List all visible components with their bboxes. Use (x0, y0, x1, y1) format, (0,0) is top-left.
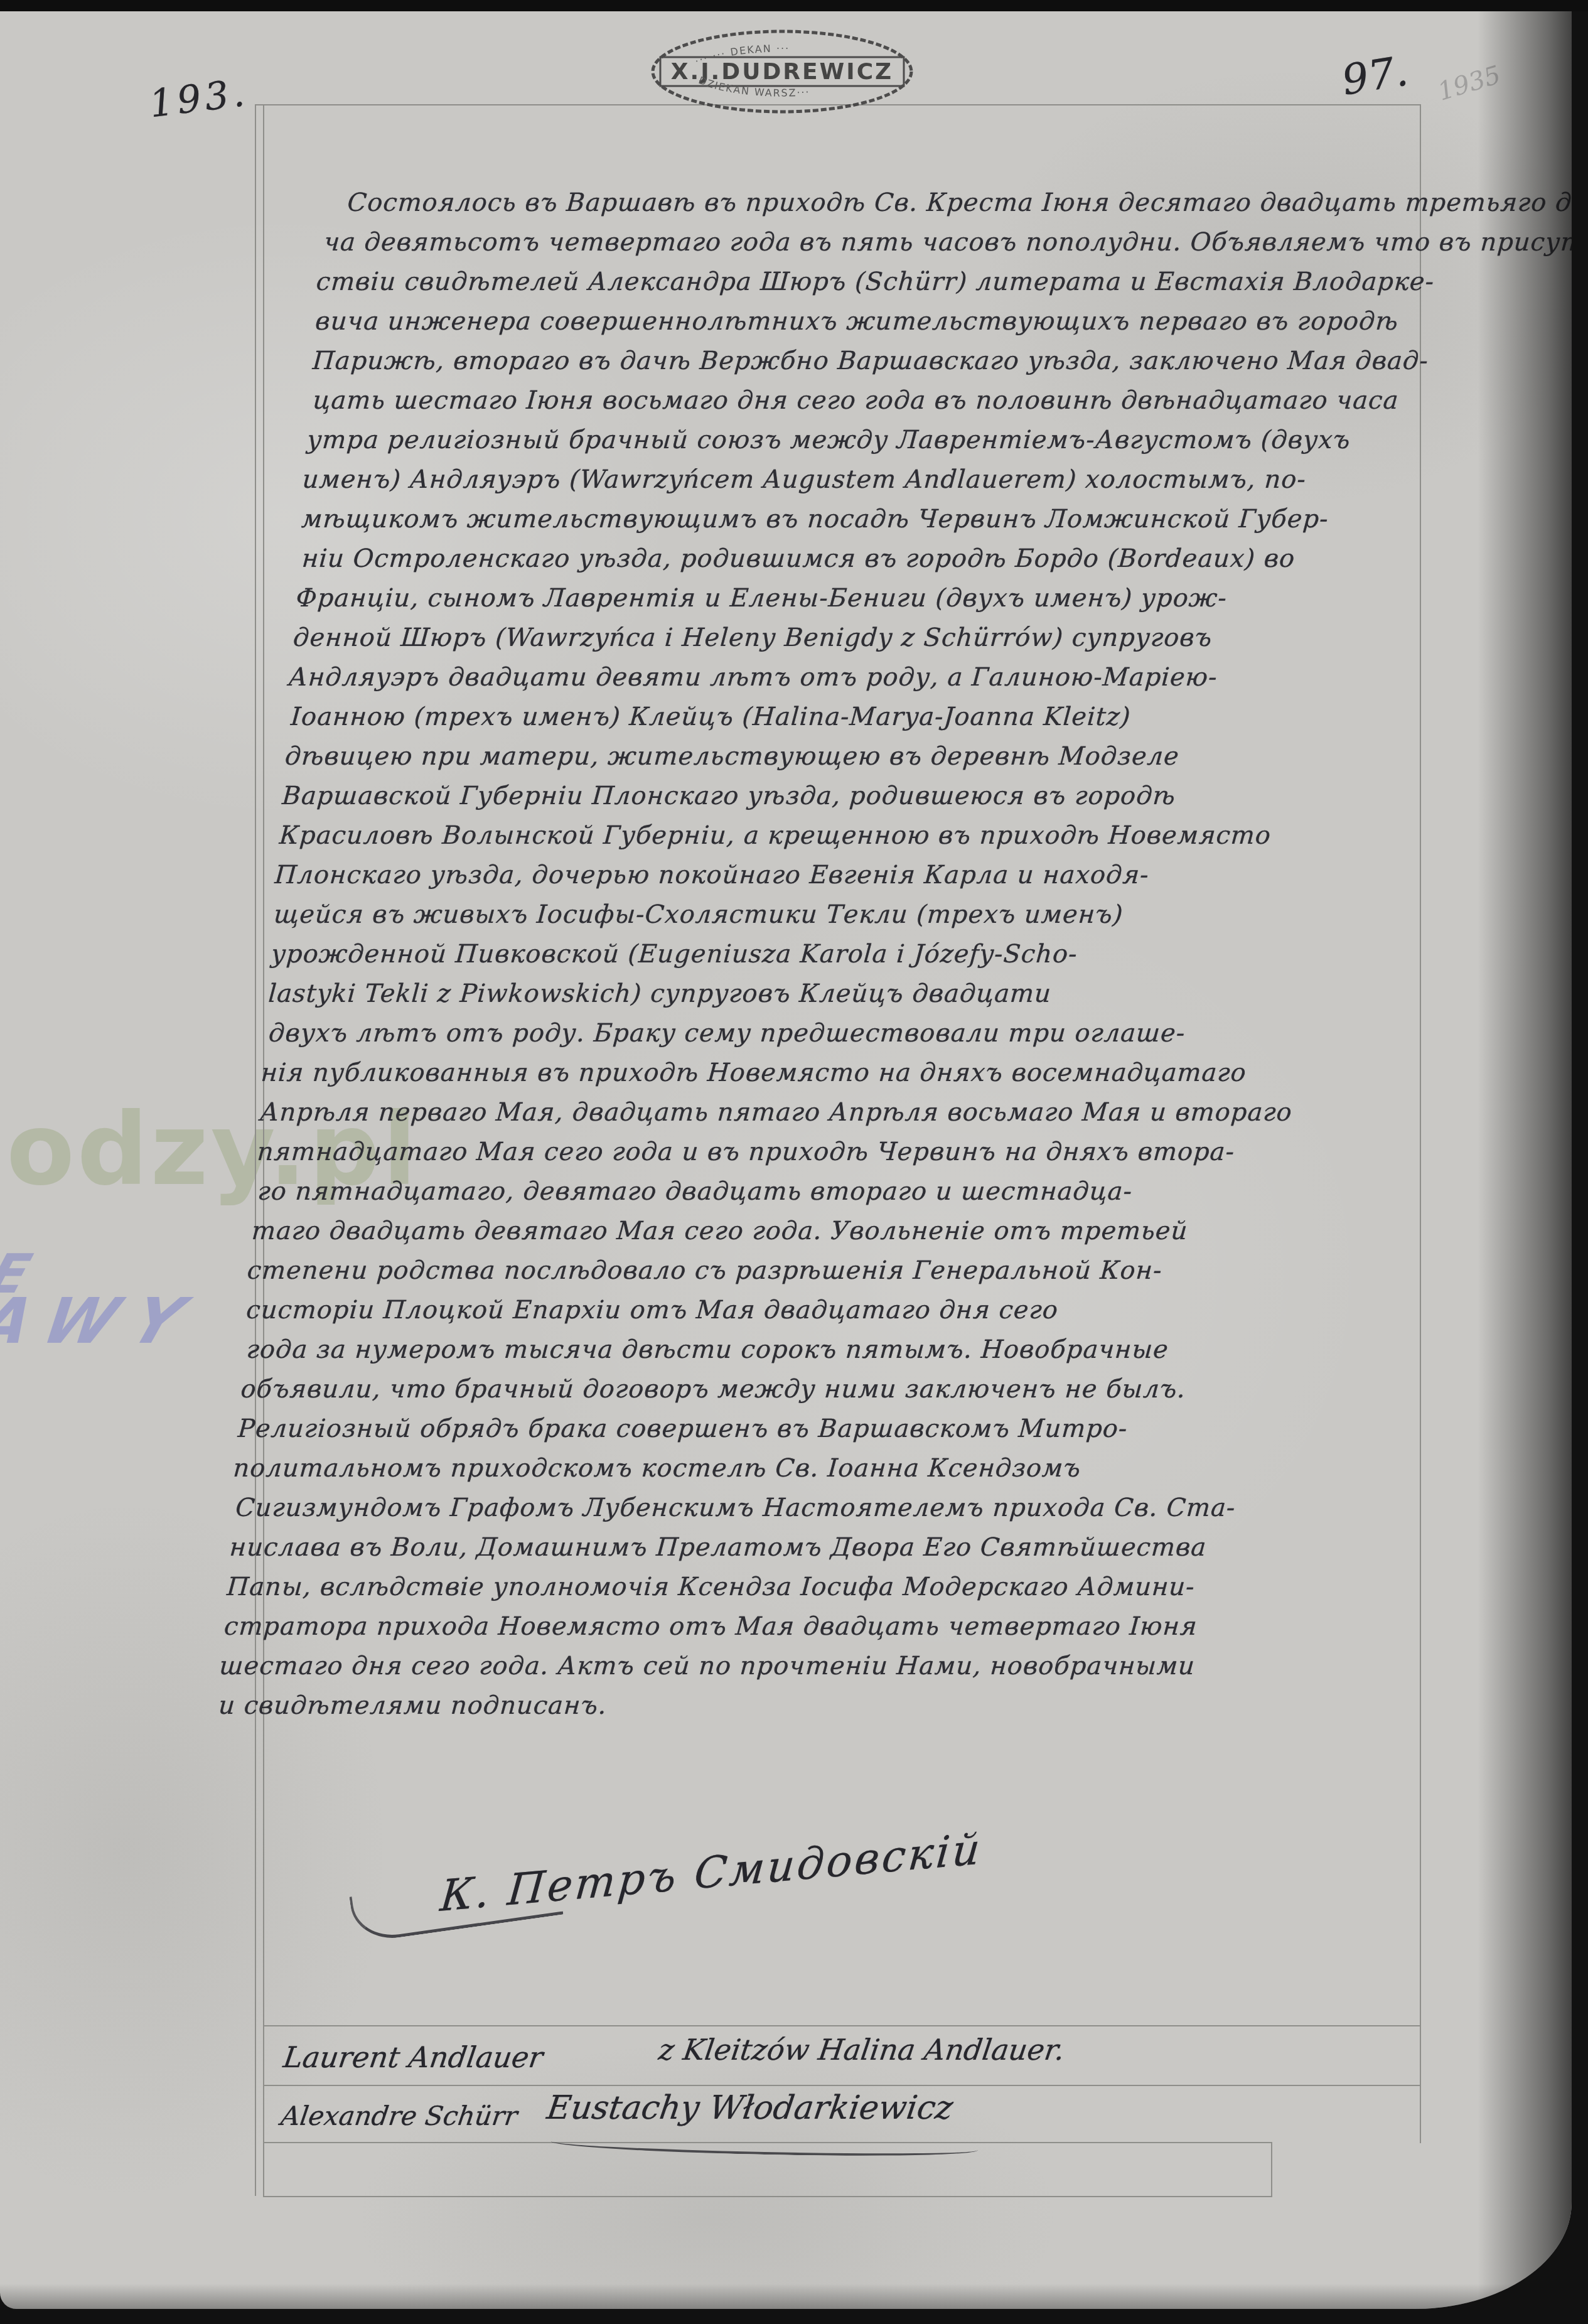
manuscript-line: урожденной Пивковской (Eugeniusza Karola… (270, 935, 1424, 974)
witness2-signature-flourish (551, 2133, 978, 2159)
manuscript-line: Апрѣля перваго Мая, двадцать пятаго Апрѣ… (259, 1093, 1412, 1132)
manuscript-line: ча девятьсотъ четвертаго года въ пять ча… (323, 223, 1473, 262)
manuscript-line: lastyki Tekli z Piwkowskich) супруговъ К… (267, 974, 1420, 1014)
manuscript-line: систоріи Плоцкой Епархіи отъ Мая двадцат… (245, 1291, 1398, 1330)
manuscript-line: Сигизмундомъ Графомъ Лубенскимъ Настояте… (234, 1488, 1385, 1528)
manuscript-line: цать шестаго Іюня восьмаго дня сего года… (311, 381, 1462, 421)
manuscript-line: Іоанною (трехъ именъ) Клейцъ (Halina-Mar… (289, 697, 1440, 737)
manuscript-line: двухъ лѣтъ отъ роду. Браку сему предшест… (267, 1014, 1418, 1053)
manuscript-line: и свидѣтелями подписанъ. (217, 1686, 1371, 1726)
officiant-signature: К. Петръ Смидовскій (438, 1824, 984, 1922)
manuscript-line: шестаго дня сего года. Актъ сей по прочт… (218, 1647, 1374, 1686)
manuscript-line: именъ) Андляуэръ (Wawrzyńcem Augustem An… (301, 460, 1457, 500)
manuscript-line: объявили, что брачный договоръ между ним… (239, 1370, 1393, 1409)
signature-box-right-line (1271, 2142, 1272, 2197)
manuscript-line: стратора прихода Новемясто отъ Мая двадц… (223, 1607, 1376, 1647)
witness2-signature: Eustachy Włodarkiewicz (545, 2089, 955, 2127)
act-manuscript-text: Состоялось въ Варшавѣ въ приходѣ Св. Кре… (217, 183, 1476, 1726)
manuscript-line: Варшавской Губерніи Плонскаго уѣзда, род… (281, 777, 1434, 816)
page-bottom-shadow (0, 2284, 1572, 2309)
signature-box-line-1 (263, 2025, 1421, 2026)
manuscript-line: ніи Остроленскаго уѣзда, родившимся въ г… (301, 539, 1451, 579)
watermark-blue-fragment-awy: AWY (0, 1284, 212, 1358)
scan-top-edge (0, 0, 1588, 11)
manuscript-line: Папы, вслѣдствіе уполномочія Ксендза Іос… (225, 1568, 1379, 1607)
manuscript-line: Красиловѣ Волынской Губерніи, а крещенно… (278, 816, 1432, 856)
witness1-signature: Alexandre Schürr (279, 2101, 520, 2131)
groom-signature: Laurent Andlauer (281, 2040, 545, 2074)
record-number: 193. (147, 71, 250, 127)
manuscript-line: пятнадцатаго Мая сего года и въ приходѣ … (256, 1132, 1410, 1172)
manuscript-line: Состоялось въ Варшавѣ въ приходѣ Св. Кре… (322, 183, 1476, 223)
manuscript-line: Франціи, сыномъ Лаврентія и Елены-Бениги… (294, 579, 1448, 618)
bride-signature: z Kleitzów Halina Andlauer. (657, 2033, 1066, 2067)
manuscript-line: таго двадцать девятаго Мая сего года. Ув… (250, 1212, 1404, 1251)
paper-sheet: lodzy.pl E AWY X.J.DUDREWICZ ··· ··· DEK… (0, 11, 1572, 2309)
manuscript-line: политальномъ приходскомъ костелѣ Св. Іоа… (232, 1449, 1388, 1488)
manuscript-line: нислава въ Воли, Домашнимъ Прелатомъ Дво… (228, 1528, 1382, 1568)
signature-box-line-2 (263, 2085, 1421, 2086)
manuscript-line: дѣвицею при матери, жительствующею въ де… (284, 737, 1437, 777)
book-binding-shadow (1478, 11, 1572, 2309)
manuscript-line: Религіозный обрядъ брака совершенъ въ Ва… (237, 1409, 1390, 1449)
frame-left-outer-line (255, 104, 256, 2196)
manuscript-line: ствіи свидѣтелей Александра Шюръ (Schürr… (315, 262, 1471, 302)
manuscript-line: Парижѣ, втораго въ дачѣ Вержбно Варшавск… (311, 342, 1465, 381)
page-number: 97. (1339, 46, 1412, 104)
manuscript-line: го пятнадцатаго, девятаго двадцать втора… (256, 1172, 1407, 1212)
manuscript-line: Андляуэръ двадцати девяти лѣтъ отъ роду,… (287, 658, 1443, 697)
scanned-registry-page: lodzy.pl E AWY X.J.DUDREWICZ ··· ··· DEK… (0, 0, 1588, 2324)
manuscript-line: щейся въ живыхъ Іосифы-Схолястики Текли … (272, 895, 1426, 935)
manuscript-line: года за нумеромъ тысяча двѣсти сорокъ пя… (245, 1330, 1396, 1370)
manuscript-line: степени родства послѣдовало съ разрѣшені… (246, 1251, 1402, 1291)
manuscript-line: нія публикованныя въ приходѣ Новемясто н… (260, 1053, 1415, 1093)
manuscript-line: Плонскаго уѣзда, дочерью покойнаго Евген… (274, 856, 1429, 895)
dean-oval-stamp: X.J.DUDREWICZ ··· ··· DEKAN ··· DZIEKAN … (644, 28, 920, 116)
manuscript-line: утра религіозный брачный союзъ между Лав… (306, 421, 1459, 460)
signature-box-line-4 (263, 2196, 1272, 2197)
manuscript-line: вича инженера совершеннолѣтнихъ жительст… (314, 302, 1467, 342)
manuscript-line: денной Шюръ (Wawrzyńca i Heleny Benigdy … (292, 618, 1446, 658)
manuscript-line: мѣщикомъ жительствующимъ въ посадѣ Черви… (300, 500, 1454, 539)
